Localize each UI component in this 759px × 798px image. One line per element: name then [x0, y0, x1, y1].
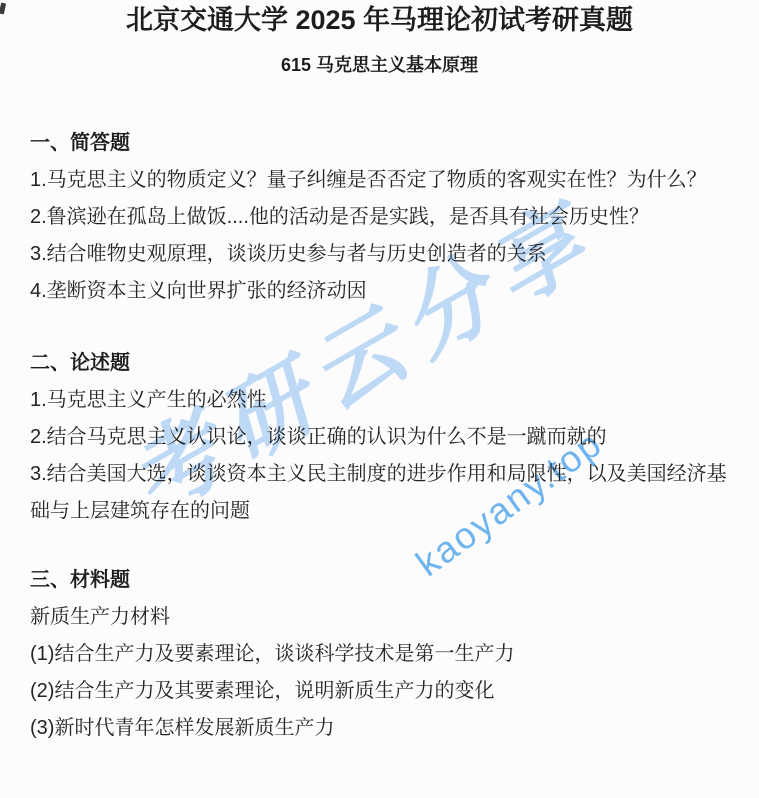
section-essay-heading: 二、论述题 — [30, 345, 729, 382]
section-short-answer-heading: 一、简答题 — [30, 125, 729, 162]
question-line: 2.鲁滨逊在孤岛上做饭....他的活动是否是实践，是否具有社会历史性？ — [30, 199, 729, 236]
document-content: 北京交通大学 2025 年马理论初试考研真题 615 马克思主义基本原理 一、简… — [0, 0, 759, 798]
page-title: 北京交通大学 2025 年马理论初试考研真题 — [30, 2, 729, 38]
section-material: 三、材料题 新质生产力材料 (1)结合生产力及要素理论，谈谈科学技术是第一生产力… — [30, 562, 729, 747]
question-line: 2.结合马克思主义认识论，谈谈正确的认识为什么不是一蹴而就的 — [30, 419, 729, 456]
question-line: 3.结合美国大选，谈谈资本主义民主制度的进步作用和局限性，以及美国经济基础与上层… — [30, 456, 729, 530]
material-intro-line: 新质生产力材料 — [30, 599, 729, 636]
exam-document-page: 考研云分享 kaoyany.top 北京交通大学 2025 年马理论初试考研真题… — [0, 0, 759, 798]
question-line: 3.结合唯物史观原理，谈谈历史参与者与历史创造者的关系 — [30, 236, 729, 273]
section-essay: 二、论述题 1.马克思主义产生的必然性 2.结合马克思主义认识论，谈谈正确的认识… — [30, 345, 729, 530]
question-line: 4.垄断资本主义向世界扩张的经济动因 — [30, 273, 729, 310]
section-material-heading: 三、材料题 — [30, 562, 729, 599]
page-subtitle: 615 马克思主义基本原理 — [30, 52, 729, 78]
question-line: (1)结合生产力及要素理论，谈谈科学技术是第一生产力 — [30, 636, 729, 673]
question-line: 1.马克思主义的物质定义？量子纠缠是否否定了物质的客观实在性？为什么？ — [30, 162, 729, 199]
section-short-answer: 一、简答题 1.马克思主义的物质定义？量子纠缠是否否定了物质的客观实在性？为什么… — [30, 125, 729, 310]
question-line: 1.马克思主义产生的必然性 — [30, 382, 729, 419]
question-line: (3)新时代青年怎样发展新质生产力 — [30, 710, 729, 747]
question-line: (2)结合生产力及其要素理论，说明新质生产力的变化 — [30, 673, 729, 710]
